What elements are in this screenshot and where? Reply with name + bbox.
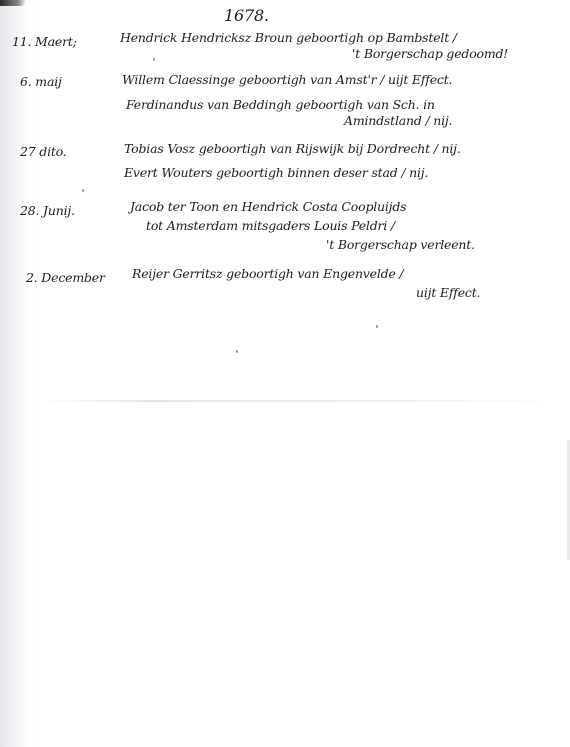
entry-line: 't Borgerschap gedoomd!	[352, 46, 508, 61]
paper-fold-line	[40, 400, 570, 402]
entry-date: 27 dito.	[20, 144, 67, 159]
entry-line: Reijer Gerritsz geboortigh van Engenveld…	[132, 266, 403, 281]
entry-line: Hendrick Hendricksz Broun geboortigh op …	[120, 30, 457, 45]
entry-line: tot Amsterdam mitsgaders Louis Peldri /	[146, 218, 395, 233]
scan-corner-shadow	[0, 0, 26, 6]
entry-line: Willem Claessinge geboortigh van Amst'r …	[122, 72, 452, 87]
entry-line: Amindstland / nij.	[344, 113, 452, 128]
year-heading: 1678.	[224, 6, 269, 25]
ink-speck	[376, 325, 378, 328]
entry-line: uijt Effect.	[416, 285, 480, 300]
entry-line: 't Borgerschap verleent.	[326, 237, 475, 252]
manuscript-page: 1678. 11. Maert; Hendrick Hendricksz Bro…	[0, 0, 570, 747]
entry-date: 28. Junij.	[20, 203, 75, 218]
entry-date: 2. December	[26, 270, 105, 285]
entry-line: Ferdinandus van Beddingh geboortigh van …	[126, 97, 435, 112]
entry-line: Tobias Vosz geboortigh van Rijswijk bij …	[124, 141, 461, 156]
entry-date: 11. Maert;	[12, 34, 77, 49]
ink-speck	[236, 350, 238, 353]
entry-date: 6. maij	[20, 74, 62, 89]
ink-speck	[153, 58, 155, 61]
ink-speck	[82, 189, 84, 192]
entry-line: Jacob ter Toon en Hendrick Costa Cooplui…	[130, 199, 406, 214]
entry-line: Evert Wouters geboortigh binnen deser st…	[124, 165, 428, 180]
